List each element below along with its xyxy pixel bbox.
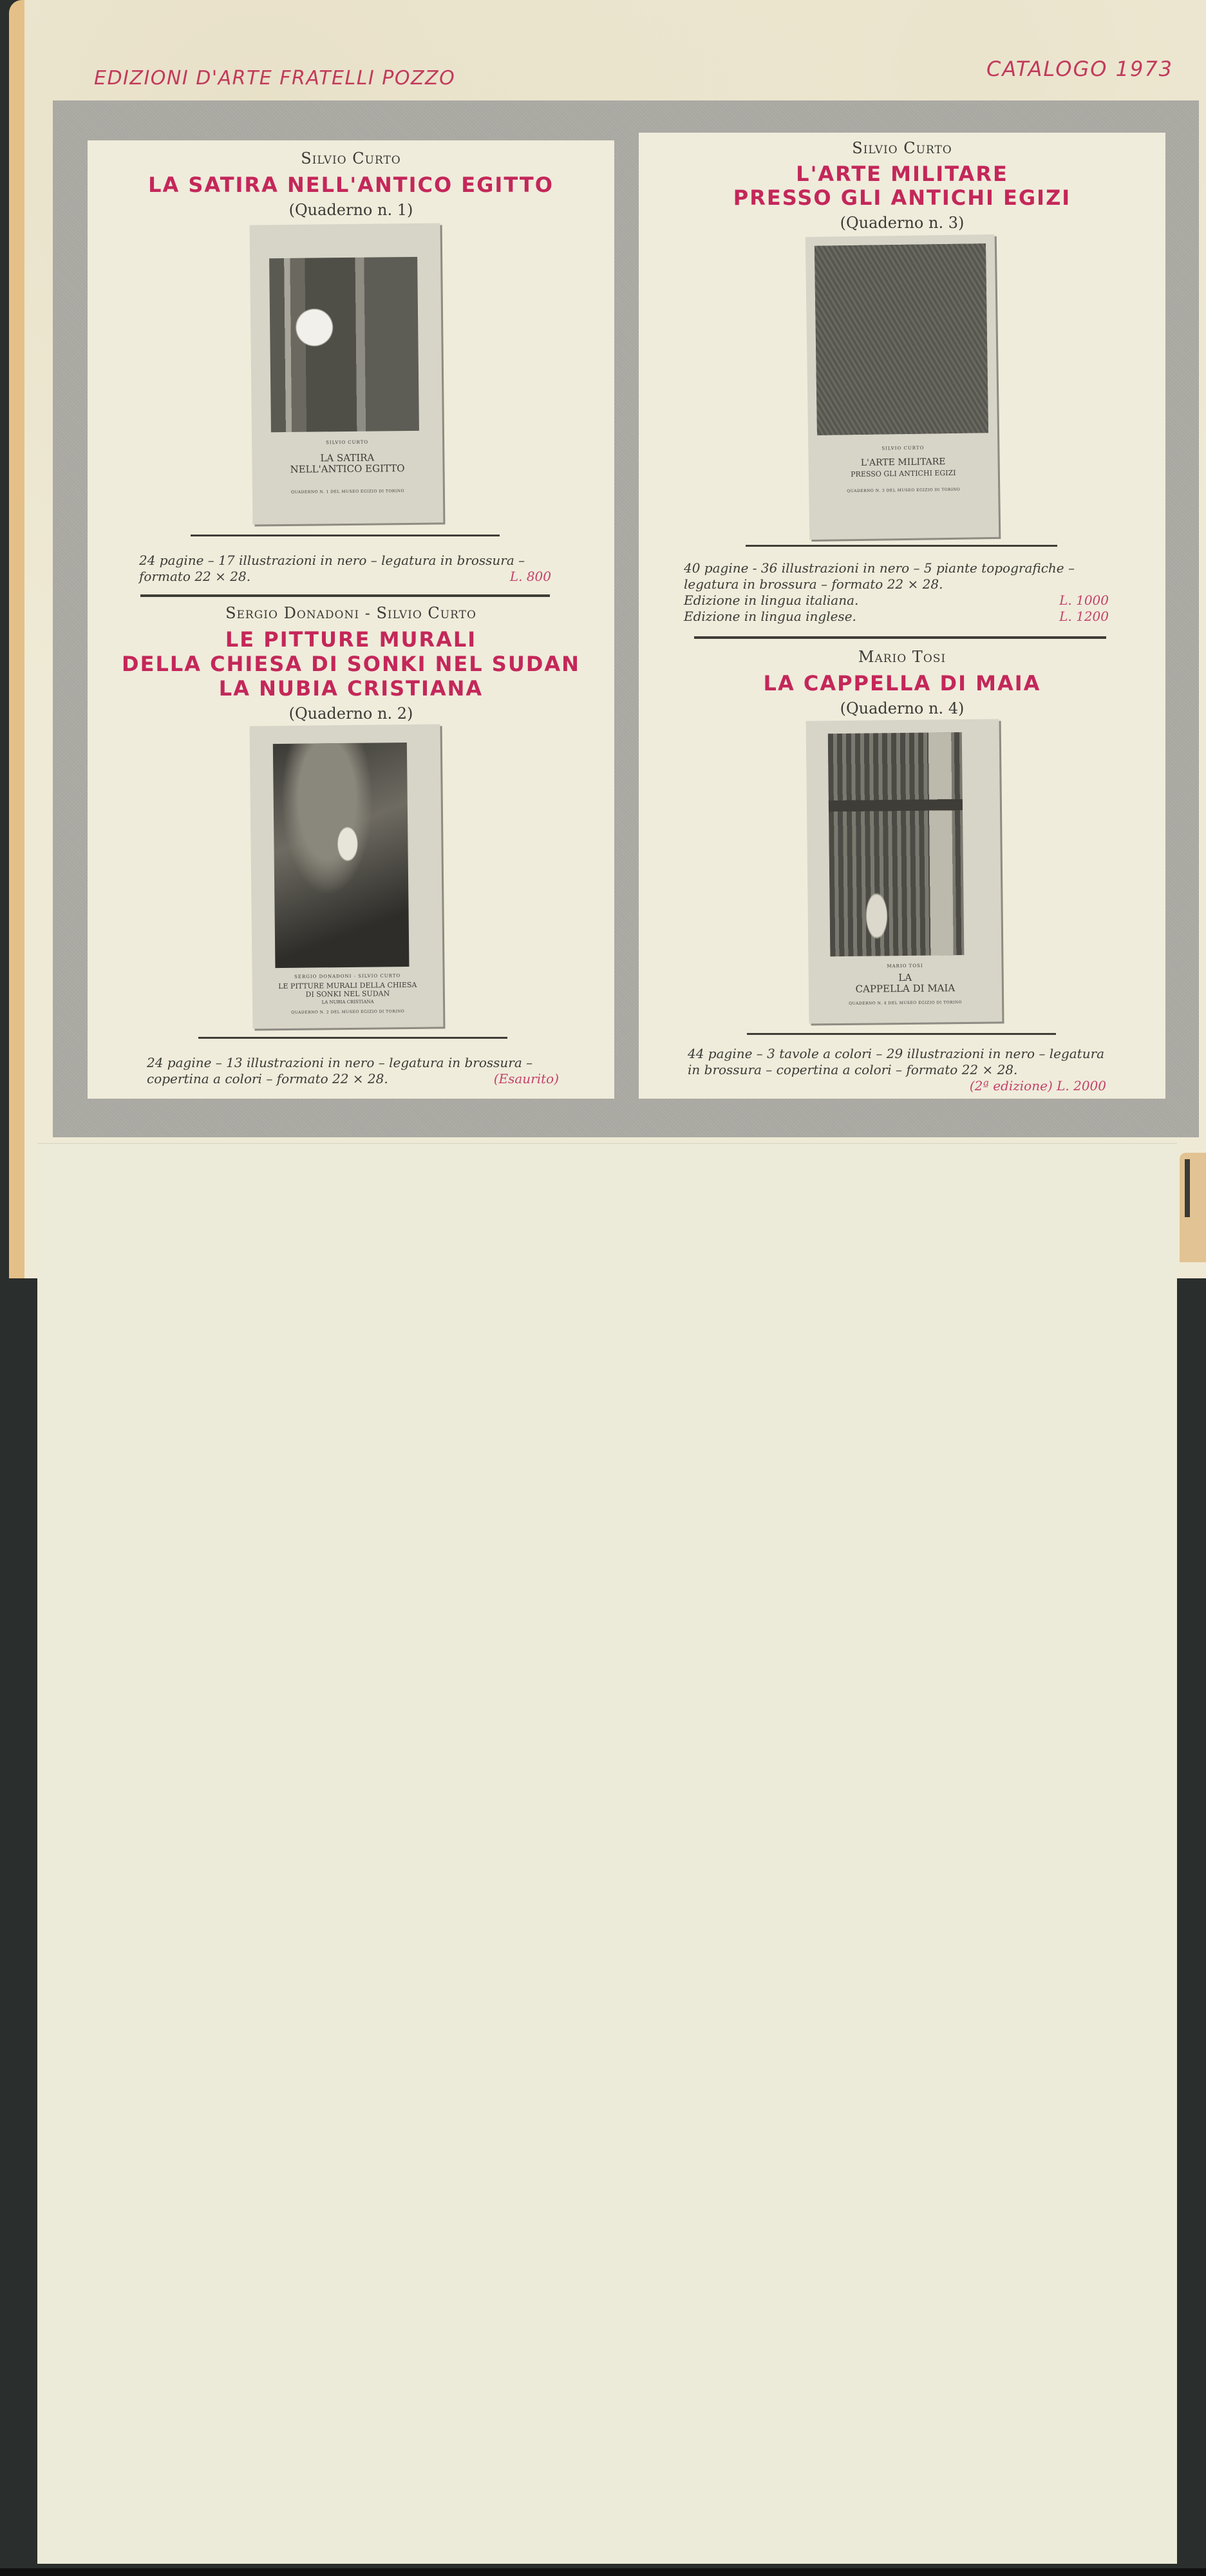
book-description: 40 pagine - 36 illustrazioni in nero – 5… [684, 560, 1109, 625]
book-title-line: LE PITTURE MURALI [88, 627, 614, 652]
cover-author: SILVIO CURTO [808, 444, 997, 452]
book-author: Silvio Curto [639, 139, 1165, 157]
catalog-frame: Silvio Curto LA SATIRA NELL'ANTICO EGITT… [53, 100, 1199, 1137]
description-price-row: formato 22 × 28. L. 800 [139, 569, 551, 585]
book-title-line: LA NUBIA CRISTIANA [88, 676, 614, 701]
divider-rule [747, 1033, 1056, 1035]
book-quaderno: (Quaderno n. 1) [88, 201, 614, 219]
cover-author: SERGIO DONADONI - SILVIO CURTO [252, 972, 443, 980]
divider-rule [191, 535, 500, 536]
section-divider [140, 594, 550, 597]
blank-insert-page [37, 1143, 1177, 2564]
cover-series: QUADERNO N. 1 DEL MUSEO EGIZIO DI TORINO [252, 488, 443, 495]
book-title: L'ARTE MILITARE PRESSO GLI ANTICHI EGIZI [639, 162, 1165, 210]
section-divider [694, 636, 1106, 639]
book-description: 24 pagine – 17 illustrazioni in nero – l… [139, 553, 551, 585]
book-entry-4: Mario Tosi LA CAPPELLA DI MAIA (Quaderno… [639, 648, 1165, 717]
cover-series: QUADERNO N. 4 DEL MUSEO EGIZIO DI TORINO [809, 999, 1002, 1006]
book-title-line: LA SATIRA NELL'ANTICO EGITTO [88, 173, 614, 197]
price-row-english: Edizione in lingua inglese. L. 1200 [684, 609, 1109, 625]
book-title: LE PITTURE MURALI DELLA CHIESA DI SONKI … [88, 627, 614, 701]
book-price: L. 1000 [1059, 592, 1109, 609]
cover-series: QUADERNO N. 3 DEL MUSEO EGIZIO DI TORINO [809, 487, 998, 494]
left-panel: Silvio Curto LA SATIRA NELL'ANTICO EGITT… [88, 140, 614, 1099]
book-title: LA SATIRA NELL'ANTICO EGITTO [88, 173, 614, 197]
cover-title-line: NELL'ANTICO EGITTO [252, 462, 442, 475]
book-cover-image: SILVIO CURTO L'ARTE MILITARE PRESSO GLI … [806, 234, 999, 540]
book-price: (2ª edizione) L. 2000 [970, 1078, 1106, 1094]
book-quaderno: (Quaderno n. 3) [639, 214, 1165, 232]
book-status: (Esaurito) [494, 1071, 559, 1087]
edition-label: Edizione in lingua inglese. [684, 609, 856, 625]
book-cover-image: MARIO TOSI LA CAPPELLA DI MAIA QUADERNO … [806, 719, 1003, 1023]
book-title-line: DELLA CHIESA DI SONKI NEL SUDAN [88, 652, 614, 676]
book-cover-image: SERGIO DONADONI - SILVIO CURTO LE PITTUR… [250, 724, 444, 1028]
book-description: 24 pagine – 13 illustrazioni in nero – l… [147, 1055, 559, 1087]
book-title-line: L'ARTE MILITARE [639, 162, 1165, 186]
book-quaderno: (Quaderno n. 2) [88, 705, 614, 723]
edition-label: Edizione in lingua italiana. [684, 592, 858, 609]
cover-title: LA CAPPELLA DI MAIA [809, 971, 1002, 995]
description-price-row: copertina a colori – formato 22 × 28. (E… [147, 1071, 559, 1087]
book-author: Mario Tosi [639, 648, 1165, 666]
book-quaderno: (Quaderno n. 4) [639, 699, 1165, 717]
book-price: L. 800 [510, 569, 551, 585]
description-line: formato 22 × 28. [139, 569, 250, 585]
cover-artwork [273, 743, 410, 968]
cover-title-line: PRESSO GLI ANTICHI EGIZI [809, 467, 998, 480]
cover-author: MARIO TOSI [809, 962, 1002, 969]
book-entry-2: Sergio Donadoni - Silvio Curto LE PITTUR… [88, 604, 614, 723]
catalog-year: CATALOGO 1973 [986, 57, 1173, 81]
price-row: (2ª edizione) L. 2000 [688, 1078, 1106, 1094]
next-page-flap [1180, 1153, 1206, 1262]
book-author: Sergio Donadoni - Silvio Curto [88, 604, 614, 622]
book-title-line: LA CAPPELLA DI MAIA [639, 671, 1165, 696]
description-line: 24 pagine – 17 illustrazioni in nero – l… [139, 553, 551, 569]
book-author: Silvio Curto [88, 149, 614, 167]
description-line: 40 pagine - 36 illustrazioni in nero – 5… [684, 560, 1109, 576]
cover-artwork [828, 732, 965, 956]
description-line: legatura in brossura – formato 22 × 28. [684, 576, 1109, 592]
description-line: 24 pagine – 13 illustrazioni in nero – l… [147, 1055, 559, 1071]
cover-artwork [815, 243, 988, 435]
divider-rule [198, 1037, 507, 1039]
description-line: 44 pagine – 3 tavole a colori – 29 illus… [688, 1046, 1106, 1062]
book-cover-image: SILVIO CURTO LA SATIRA NELL'ANTICO EGITT… [250, 223, 444, 524]
scan-background [0, 2568, 1206, 2576]
book-entry-3: Silvio Curto L'ARTE MILITARE PRESSO GLI … [639, 139, 1165, 232]
book-title: LA CAPPELLA DI MAIA [639, 671, 1165, 696]
cover-title: L'ARTE MILITARE PRESSO GLI ANTICHI EGIZI [809, 456, 998, 480]
cover-series: QUADERNO N. 2 DEL MUSEO EGIZIO DI TORINO [252, 1009, 443, 1015]
cover-title: LA SATIRA NELL'ANTICO EGITTO [252, 451, 442, 475]
cover-title-line: CAPPELLA DI MAIA [809, 982, 1002, 995]
book-entry-1: Silvio Curto LA SATIRA NELL'ANTICO EGITT… [88, 149, 614, 219]
cover-artwork [269, 257, 419, 432]
right-panel: Silvio Curto L'ARTE MILITARE PRESSO GLI … [639, 133, 1165, 1099]
book-description: 44 pagine – 3 tavole a colori – 29 illus… [688, 1046, 1106, 1094]
book-title-line: PRESSO GLI ANTICHI EGIZI [639, 186, 1165, 210]
publisher-name: EDIZIONI D'ARTE FRATELLI POZZO [94, 67, 455, 90]
description-line: copertina a colori – formato 22 × 28. [147, 1071, 388, 1087]
description-line: in brossura – copertina a colori – forma… [688, 1062, 1106, 1078]
book-price: L. 1200 [1059, 609, 1109, 625]
price-row-italian: Edizione in lingua italiana. L. 1000 [684, 592, 1109, 609]
cover-author: SILVIO CURTO [252, 439, 442, 446]
cover-title: LE PITTURE MURALI DELLA CHIESA DI SONKI … [252, 980, 443, 999]
divider-rule [746, 545, 1057, 547]
cover-subtitle: LA NUBIA CRISTIANA [252, 998, 443, 1005]
